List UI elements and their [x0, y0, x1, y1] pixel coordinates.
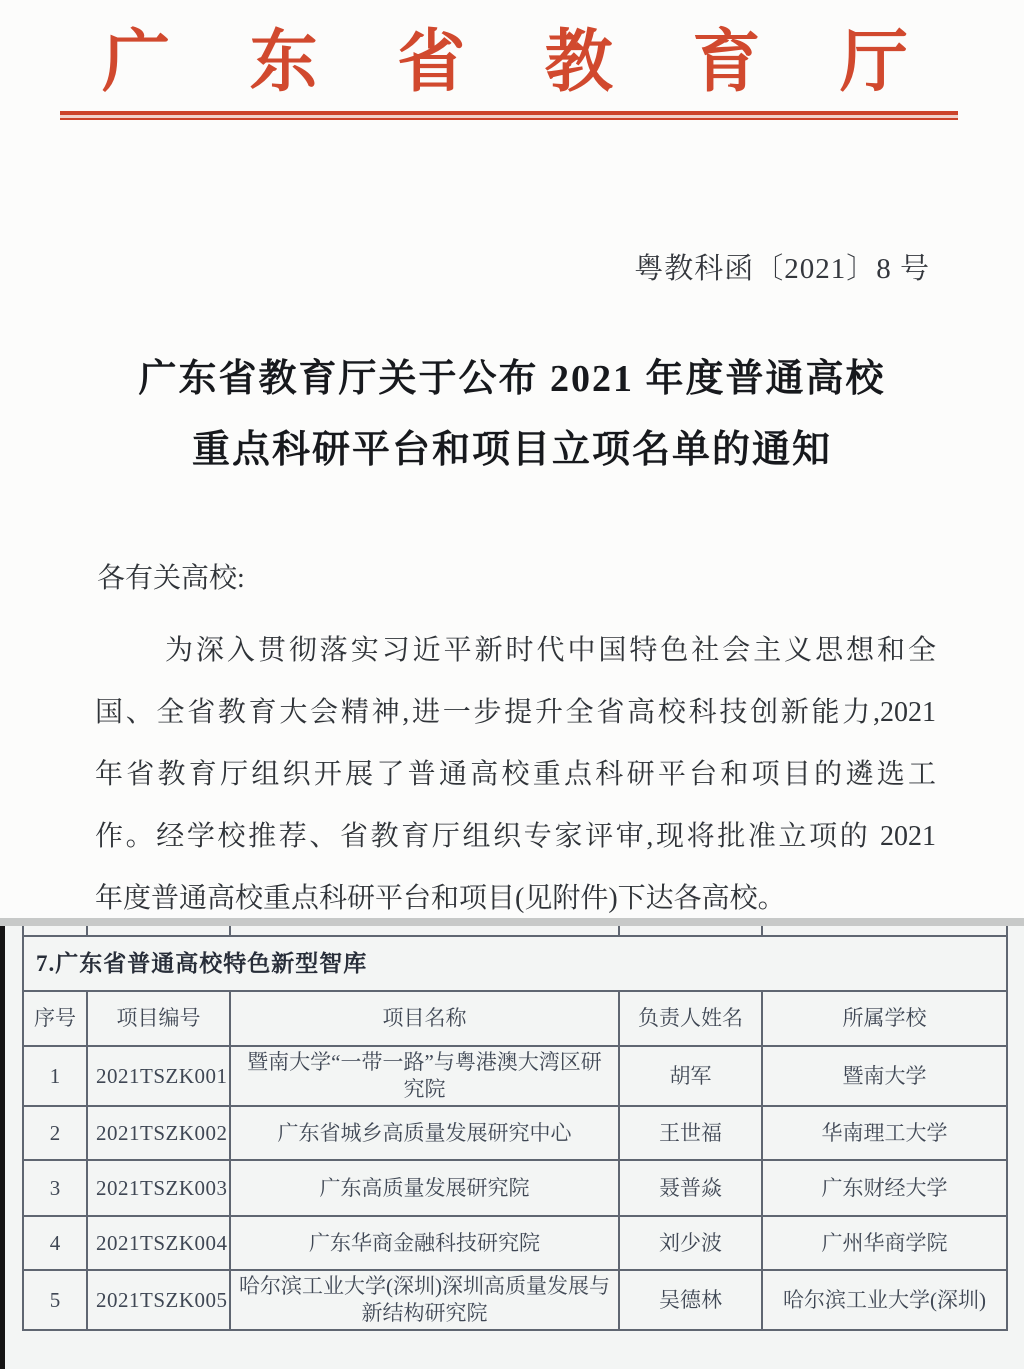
- table-header-row: 序号 项目编号 项目名称 负责人姓名 所属学校: [23, 991, 1007, 1046]
- cell-seq: 2: [23, 1106, 87, 1160]
- table-row: 5 2021TSZK005 哈尔滨工业大学(深圳)深圳高质量发展与新结构研究院 …: [23, 1270, 1007, 1330]
- agency-title-char: 东: [250, 16, 318, 108]
- cell-school: 广东财经大学: [762, 1160, 1007, 1216]
- cell-project-name: 暨南大学“一带一路”与粤港澳大湾区研究院: [230, 1046, 619, 1106]
- cell-leader-name: 刘少波: [619, 1216, 762, 1270]
- salutation: 各有关高校:: [97, 560, 245, 598]
- cell-project-code: 2021TSZK002: [87, 1106, 230, 1160]
- cell-project-name: 广东华商金融科技研究院: [230, 1216, 619, 1270]
- header-school: 所属学校: [762, 991, 1007, 1046]
- table-body: 1 2021TSZK001 暨南大学“一带一路”与粤港澳大湾区研究院 胡军 暨南…: [23, 1046, 1007, 1330]
- table-row: 1 2021TSZK001 暨南大学“一带一路”与粤港澳大湾区研究院 胡军 暨南…: [23, 1046, 1007, 1106]
- cell-seq: 3: [23, 1160, 87, 1216]
- header-project-code: 项目编号: [87, 991, 230, 1046]
- cell-seq: 1: [23, 1046, 87, 1106]
- notice-title-line2: 重点科研平台和项目立项名单的通知: [0, 415, 1024, 486]
- partial-cell: [619, 926, 762, 936]
- cell-school: 华南理工大学: [762, 1106, 1007, 1160]
- body-line: 国、全省教育大会精神,进一步提升全省高校科技创新能力,2021: [95, 682, 936, 744]
- doc-number: 粤教科函〔2021〕8 号: [634, 246, 930, 287]
- partial-cell: [230, 926, 619, 936]
- notice-body: 为深入贯彻落实习近平新时代中国特色社会主义思想和全 国、全省教育大会精神,进一步…: [95, 620, 936, 930]
- agency-title-char: 育: [692, 16, 760, 108]
- scan-left-strip: [0, 926, 5, 1369]
- agency-title-char: 广: [102, 16, 170, 108]
- table-section-title: 7.广东省普通高校特色新型智库: [23, 936, 1007, 991]
- body-line: 作。经学校推荐、省教育厅组织专家评审,现将批准立项的 2021: [95, 806, 936, 868]
- letterhead-divider: [60, 111, 958, 120]
- cell-school: 广州华商学院: [762, 1216, 1007, 1270]
- cell-project-name: 哈尔滨工业大学(深圳)深圳高质量发展与新结构研究院: [230, 1270, 619, 1330]
- header-seq: 序号: [23, 991, 87, 1046]
- cell-project-code: 2021TSZK003: [87, 1160, 230, 1216]
- notice-title: 广东省教育厅关于公布 2021 年度普通高校 重点科研平台和项目立项名单的通知: [0, 344, 1024, 486]
- body-line: 为深入贯彻落实习近平新时代中国特色社会主义思想和全: [95, 620, 936, 682]
- cell-project-code: 2021TSZK001: [87, 1046, 230, 1106]
- cell-project-name: 广东高质量发展研究院: [230, 1160, 619, 1216]
- table-row: 4 2021TSZK004 广东华商金融科技研究院 刘少波 广州华商学院: [23, 1216, 1007, 1270]
- partial-cell: [23, 926, 87, 936]
- table-partial-row: [23, 926, 1007, 936]
- scan-top-band: [0, 918, 1024, 926]
- cell-leader-name: 胡军: [619, 1046, 762, 1106]
- header-leader-name: 负责人姓名: [619, 991, 762, 1046]
- agency-title-char: 厅: [840, 16, 908, 108]
- partial-cell: [87, 926, 230, 936]
- agency-title: 广东省教育厅: [102, 16, 908, 108]
- cell-leader-name: 吴德林: [619, 1270, 762, 1330]
- agency-title-char: 省: [397, 16, 465, 108]
- cell-seq: 5: [23, 1270, 87, 1330]
- partial-cell: [762, 926, 1007, 936]
- project-table: 7.广东省普通高校特色新型智库 序号 项目编号 项目名称 负责人姓名 所属学校 …: [22, 926, 1008, 1331]
- cell-school: 暨南大学: [762, 1046, 1007, 1106]
- attachment-table-region: 7.广东省普通高校特色新型智库 序号 项目编号 项目名称 负责人姓名 所属学校 …: [0, 918, 1024, 1369]
- cell-seq: 4: [23, 1216, 87, 1270]
- body-line: 年省教育厅组织开展了普通高校重点科研平台和项目的遴选工: [95, 744, 936, 806]
- cell-project-name: 广东省城乡高质量发展研究中心: [230, 1106, 619, 1160]
- agency-title-char: 教: [545, 16, 613, 108]
- table-row: 3 2021TSZK003 广东高质量发展研究院 聂普焱 广东财经大学: [23, 1160, 1007, 1216]
- table-row: 2 2021TSZK002 广东省城乡高质量发展研究中心 王世福 华南理工大学: [23, 1106, 1007, 1160]
- header-project-name: 项目名称: [230, 991, 619, 1046]
- cell-project-code: 2021TSZK004: [87, 1216, 230, 1270]
- notice-title-line1: 广东省教育厅关于公布 2021 年度普通高校: [0, 344, 1024, 415]
- cell-school: 哈尔滨工业大学(深圳): [762, 1270, 1007, 1330]
- cell-leader-name: 王世福: [619, 1106, 762, 1160]
- cell-project-code: 2021TSZK005: [87, 1270, 230, 1330]
- cell-leader-name: 聂普焱: [619, 1160, 762, 1216]
- table-section-row: 7.广东省普通高校特色新型智库: [23, 936, 1007, 991]
